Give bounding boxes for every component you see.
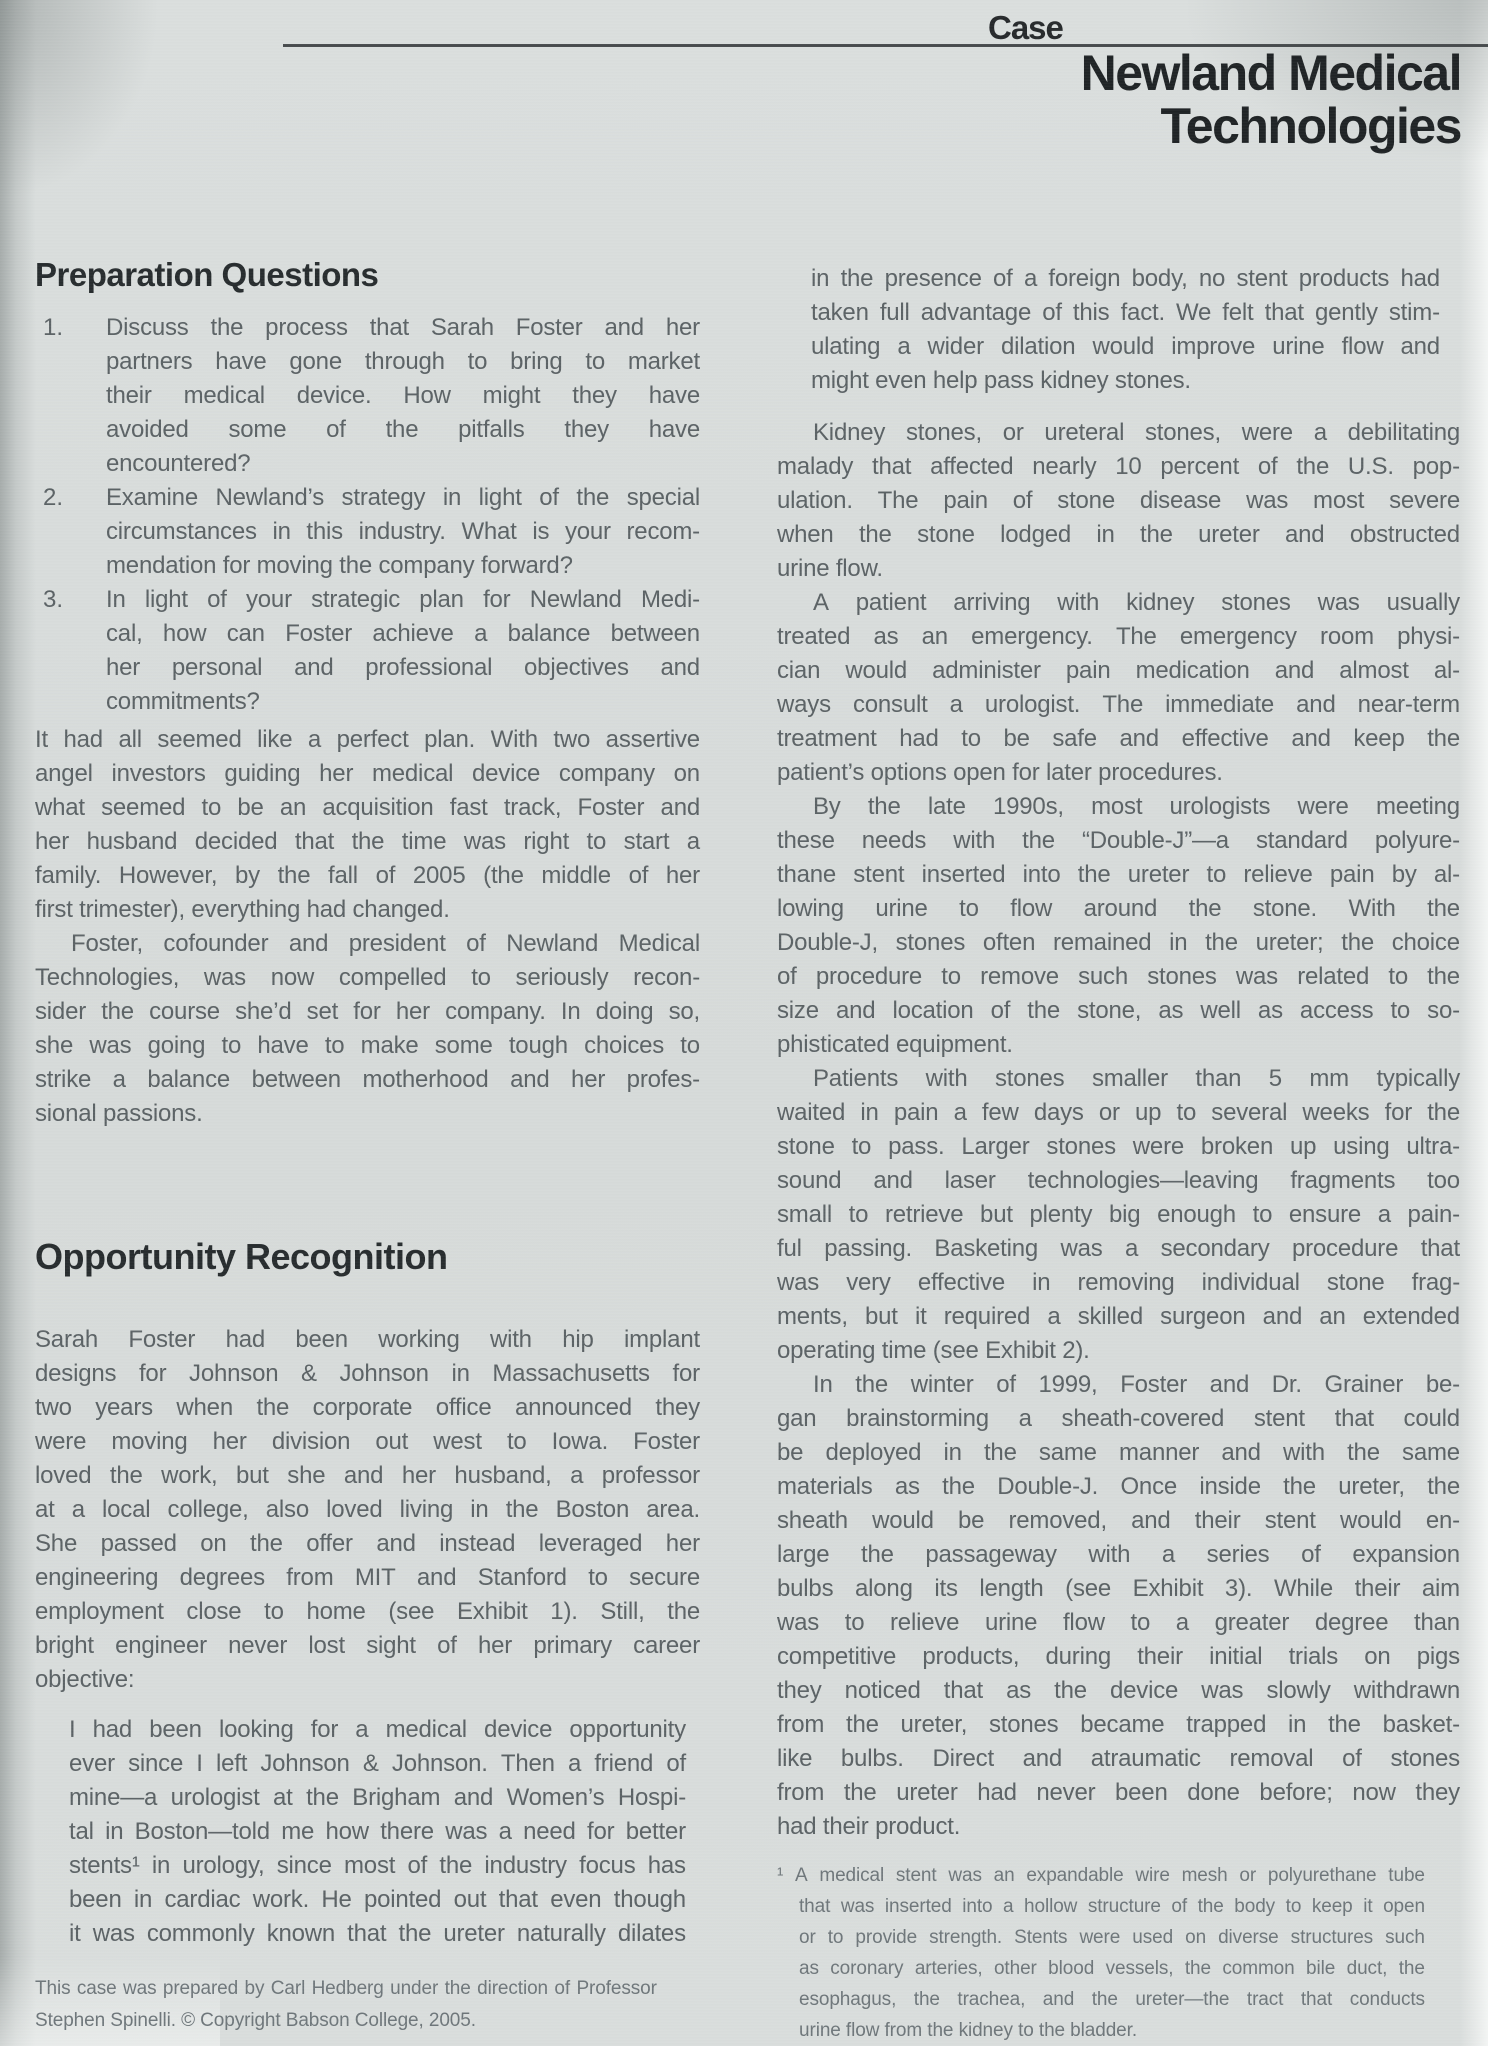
case-title: Newland Medical Technologies [1081, 47, 1461, 153]
text-line: designsforJohnson&JohnsoninMassachusetts… [35, 1357, 700, 1391]
text-line: Kidneystones,orureteralstones,wereadebil… [777, 416, 1460, 450]
text-line: shewasgoingtohavetomakesometoughchoicest… [35, 1029, 700, 1063]
text-line: Shepassedontheofferandinsteadleveragedhe… [35, 1527, 700, 1561]
text-line: esophagus,thetrachea,andtheureter—thetra… [777, 1984, 1425, 2015]
scan-artifact-top-left [0, 0, 160, 200]
text-line: circumstancesinthisindustry.Whatisyourre… [106, 515, 700, 549]
text-line: ofproceduretoremovesuchstoneswasrelatedt… [777, 960, 1460, 994]
text-line: soundandlasertechnologies—leavingfragmen… [777, 1164, 1460, 1198]
text-line: cianwouldadministerpainmedicationandalmo… [777, 654, 1460, 688]
text-line: Double-J,stonesoftenremainedintheureter;… [777, 926, 1460, 960]
text-line: materialsastheDouble-J.Onceinsidetheuret… [777, 1470, 1460, 1504]
text-line: herpersonalandprofessionalobjectivesand [106, 651, 700, 685]
text-line: theirmedicaldevice.Howmighttheyhave [106, 379, 700, 413]
text-line: bulbsalongitslength(seeExhibit3).Whileth… [777, 1572, 1460, 1606]
text-line: InlightofyourstrategicplanforNewlandMedi… [106, 583, 700, 617]
text-line: angelinvestorsguidinghermedicaldevicecom… [35, 757, 700, 791]
text-line: cal,howcanFosterachieveabalancebetween [106, 617, 700, 651]
text-line: wastorelieveurineflowtoagreaterdegreetha… [777, 1606, 1460, 1640]
kidney-stones-paragraph: Kidneystones,orureteralstones,wereadebil… [777, 416, 1460, 586]
text-line: siderthecourseshe’dsetforhercompany.Indo… [35, 995, 700, 1029]
foster-quote-part-1: Ihadbeenlookingforamedicaldeviceopportun… [69, 1713, 686, 1951]
text-line: Bythelate1990s,mosturologistsweremeeting [777, 790, 1460, 824]
text-line: ulation.Thepainofstonediseasewasmostseve… [777, 484, 1460, 518]
text-line: sional passions. [35, 1097, 700, 1131]
text-line: bedeployedinthesamemannerandwiththesame [777, 1436, 1460, 1470]
text-line: ExamineNewland’sstrategyinlightofthespec… [106, 481, 700, 515]
list-number: 3. [43, 583, 63, 617]
text-line: patient’s options open for later procedu… [777, 756, 1460, 790]
text-line: smalltoretrievebutplentybigenoughtoensur… [777, 1198, 1460, 1232]
text-line: lowingurinetoflowaroundthestone.Withthe [777, 892, 1460, 926]
text-line: SarahFosterhadbeenworkingwithhipimplant [35, 1323, 700, 1357]
text-line: Technologies,wasnowcompelledtoseriouslyr… [35, 961, 700, 995]
scan-artifact-right-edge [1460, 0, 1488, 2046]
text-line: encountered? [106, 447, 700, 481]
text-line: fromtheureter,stonesbecametrappedintheba… [777, 1708, 1460, 1742]
text-line: ascoronaryarteries,otherbloodvessels,the… [777, 1953, 1425, 1984]
text-line: employmentclosetohome(seeExhibit1).Still… [35, 1595, 700, 1629]
text-line: wasveryeffectiveinremovingindividualston… [777, 1266, 1460, 1300]
question-1: 1.DiscusstheprocessthatSarahFosterandher… [35, 311, 700, 481]
text-line: Stephen Spinelli. © Copyright Babson Col… [35, 2005, 657, 2037]
opportunity-paragraph-1: SarahFosterhadbeenworkingwithhipimplantd… [35, 1323, 700, 1697]
left-column: Preparation Questions1.Discusstheprocess… [35, 255, 700, 2037]
text-line: twoyearswhenthecorporateofficeannouncedt… [35, 1391, 700, 1425]
text-line: had their product. [777, 1810, 1460, 1844]
text-line: commitments? [106, 685, 700, 719]
text-line: treatmenthadtobesafeandeffectiveandkeept… [777, 722, 1460, 756]
text-line: avoidedsomeofthepitfallstheyhave [106, 413, 700, 447]
question-3: 3.InlightofyourstrategicplanforNewlandMe… [35, 583, 700, 719]
text-line: mine—aurologistattheBrighamandWomen’sHos… [69, 1781, 686, 1815]
right-column: inthepresenceofaforeignbody,nostentprodu… [777, 262, 1460, 2046]
text-line: thanestentinsertedintotheuretertorelieve… [777, 858, 1460, 892]
intro-paragraph-2: Foster,cofounderandpresidentofNewlandMed… [35, 927, 700, 1131]
text-line: largethepassagewaywithaseriesofexpansion [777, 1538, 1460, 1572]
text-line: Apatientarrivingwithkidneystoneswasusual… [777, 586, 1460, 620]
text-line: whatseemedtobeanacquisitionfasttrack,Fos… [35, 791, 700, 825]
text-line: ortoprovidestrength.Stentswereusedondive… [777, 1922, 1425, 1953]
text-line: brightengineerneverlostsightofherprimary… [35, 1629, 700, 1663]
text-line: Ithadallseemedlikeaperfectplan.Withtwoas… [35, 723, 700, 757]
stone-treatment-paragraph: Patientswithstonessmallerthan5mmtypicall… [777, 1062, 1460, 1368]
text-line: itwascommonlyknownthattheureternaturally… [69, 1917, 686, 1951]
text-line: inthepresenceofaforeignbody,nostentprodu… [811, 262, 1440, 296]
text-line: phisticated equipment. [777, 1028, 1460, 1062]
text-line: takenfulladvantageofthisfact.Wefeltthatg… [811, 296, 1440, 330]
text-line: beenincardiacwork.Hepointedoutthateventh… [69, 1883, 686, 1917]
scan-artifact-left-edge [0, 0, 36, 2046]
text-line: engineeringdegreesfromMITandStanfordtose… [35, 1561, 700, 1595]
text-line: objective: [35, 1663, 700, 1697]
text-line: might even help pass kidney stones. [811, 364, 1440, 398]
text-line: herhusbanddecidedthatthetimewasrighttost… [35, 825, 700, 859]
text-line: likebulbs.Directandatraumaticremovalofst… [777, 1742, 1460, 1776]
list-number: 2. [43, 481, 63, 515]
text-line: treatedasanemergency.Theemergencyroomphy… [777, 620, 1460, 654]
text-line: eversinceIleftJohnson&Johnson.Thenafrien… [69, 1747, 686, 1781]
page-kicker: Case [988, 9, 1063, 47]
text-line: stents¹inurology,sincemostoftheindustryf… [69, 1849, 686, 1883]
double-j-paragraph: Bythelate1990s,mosturologistsweremeeting… [777, 790, 1460, 1062]
text-line: competitiveproducts,duringtheirinitialtr… [777, 1640, 1460, 1674]
text-line: fromtheureterhadneverbeendonebefore;nowt… [777, 1776, 1460, 1810]
text-line: urine flow from the kidney to the bladde… [777, 2015, 1425, 2046]
text-line: sheathwouldberemoved,andtheirstentwoulde… [777, 1504, 1460, 1538]
emergency-paragraph: Apatientarrivingwithkidneystoneswasusual… [777, 586, 1460, 790]
text-line: stonetopass.Largerstoneswerebrokenupusin… [777, 1130, 1460, 1164]
text-line: maladythataffectednearly10percentoftheU.… [777, 450, 1460, 484]
text-line: waysconsultaurologist.Theimmediateandnea… [777, 688, 1460, 722]
preparation-questions-heading: Preparation Questions [35, 255, 700, 295]
text-line: Ihadbeenlookingforamedicaldeviceopportun… [69, 1713, 686, 1747]
stent-footnote: ¹Amedicalstentwasanexpandablewiremeshorp… [777, 1860, 1425, 2046]
invention-paragraph: Inthewinterof1999,FosterandDr.Grainerbe-… [777, 1368, 1460, 1844]
text-line: whenthestonelodgedintheureterandobstruct… [777, 518, 1460, 552]
text-line: sizeandlocationofthestone,aswellasaccess… [777, 994, 1460, 1028]
text-line: talinBoston—toldmehowtherewasaneedforbet… [69, 1815, 686, 1849]
text-line: family.However,bythefallof2005(themiddle… [35, 859, 700, 893]
case-attribution: ThiscasewaspreparedbyCarlHedbergunderthe… [35, 1973, 657, 2037]
text-line: lovedthework,butsheandherhusband,aprofes… [35, 1459, 700, 1493]
text-line: ¹Amedicalstentwasanexpandablewiremeshorp… [777, 1860, 1425, 1891]
text-line: Inthewinterof1999,FosterandDr.Grainerbe- [777, 1368, 1460, 1402]
text-line: DiscusstheprocessthatSarahFosterandher [106, 311, 700, 345]
text-line: theynoticedthatasthedevicewasslowlywithd… [777, 1674, 1460, 1708]
text-line: thatwasinsertedintoahollowstructureofthe… [777, 1891, 1425, 1922]
case-title-line2: Technologies [1081, 100, 1461, 153]
question-2: 2.ExamineNewland’sstrategyinlightofthesp… [35, 481, 700, 583]
text-line: strikeabalancebetweenmotherhoodandherpro… [35, 1063, 700, 1097]
text-line: ments,butitrequiredaskilledsurgeonandane… [777, 1300, 1460, 1334]
text-line: mendation for moving the company forward… [106, 549, 700, 583]
intro-paragraph-1: Ithadallseemedlikeaperfectplan.Withtwoas… [35, 723, 700, 927]
text-line: urine flow. [777, 552, 1460, 586]
case-title-line1: Newland Medical [1081, 47, 1461, 100]
text-line: Patientswithstonessmallerthan5mmtypicall… [777, 1062, 1460, 1096]
opportunity-recognition-heading: Opportunity Recognition [35, 1235, 700, 1279]
text-line: ulatingawiderdilationwouldimproveurinefl… [811, 330, 1440, 364]
text-line: waitedinpainafewdaysoruptoseveralweeksfo… [777, 1096, 1460, 1130]
text-line: first trimester), everything had changed… [35, 893, 700, 927]
list-number: 1. [43, 311, 63, 345]
text-line: atalocalcollege,alsolovedlivingintheBost… [35, 1493, 700, 1527]
text-line: ganbrainstormingasheath-coveredstentthat… [777, 1402, 1460, 1436]
foster-quote-part-2: inthepresenceofaforeignbody,nostentprodu… [811, 262, 1440, 398]
text-line: Foster,cofounderandpresidentofNewlandMed… [35, 927, 700, 961]
text-line: partnershavegonethroughtobringtomarket [106, 345, 700, 379]
text-line: operating time (see Exhibit 2). [777, 1334, 1460, 1368]
text-line: ThiscasewaspreparedbyCarlHedbergunderthe… [35, 1973, 657, 2005]
text-line: fulpassing.Basketingwasasecondaryprocedu… [777, 1232, 1460, 1266]
text-line: weremovingherdivisionoutwesttoIowa.Foste… [35, 1425, 700, 1459]
text-line: theseneedswiththe“Double-J”—astandardpol… [777, 824, 1460, 858]
scanned-case-page: Case Newland Medical Technologies Prepar… [0, 0, 1488, 2046]
